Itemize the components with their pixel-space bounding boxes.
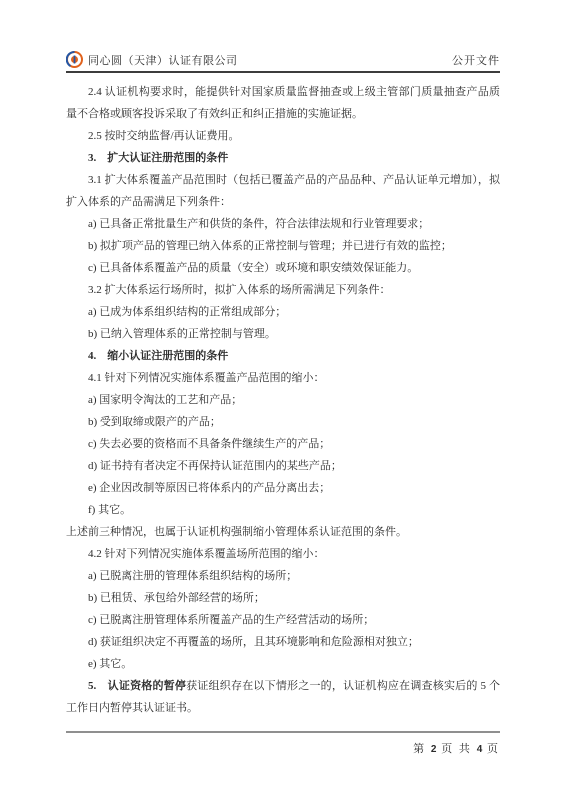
runin-heading: 5. 认证资格的暂停 [88, 680, 186, 692]
paragraph: b) 受到取缔或限产的产品； [66, 411, 500, 433]
paragraph: 5. 认证资格的暂停获证组织存在以下情形之一的，认证机构应在调查核实后的 5 个… [66, 675, 500, 719]
paragraph: a) 国家明令淘汰的工艺和产品； [66, 389, 500, 411]
page-label-middle: 页 共 [441, 743, 472, 755]
company-logo-icon [66, 51, 83, 68]
paragraph: 4.2 针对下列情况实施体系覆盖场所范围的缩小： [66, 543, 500, 565]
paragraph: d) 获证组织决定不再覆盖的场所，且其环境影响和危险源相对独立； [66, 631, 500, 653]
paragraph: b) 已租赁、承包给外部经营的场所； [66, 587, 500, 609]
paragraph: c) 失去必要的资格而不具备条件继续生产的产品； [66, 433, 500, 455]
paragraph: a) 已成为体系组织结构的正常组成部分； [66, 301, 500, 323]
current-page-number: 2 [431, 744, 437, 755]
paragraph: f) 其它。 [66, 499, 500, 521]
paragraph: 3.1 扩大体系覆盖产品范围时（包括已覆盖产品的产品品种、产品认证单元增加），拟… [66, 169, 500, 213]
company-name: 同心圆（天津）认证有限公司 [88, 52, 238, 68]
paragraph: 2.5 按时交纳监督/再认证费用。 [66, 125, 500, 147]
document-body: 2.4 认证机构要求时，能提供针对国家质量监督抽查或上级主管部门质量抽查产品质量… [66, 81, 500, 719]
page-label-suffix: 页 [487, 743, 500, 755]
document-page: 同心圆（天津）认证有限公司 公开文件 2.4 认证机构要求时，能提供针对国家质量… [0, 0, 566, 800]
paragraph: 2.4 认证机构要求时，能提供针对国家质量监督抽查或上级主管部门质量抽查产品质量… [66, 81, 500, 125]
paragraph: b) 拟扩项产品的管理已纳入体系的正常控制与管理；并已进行有效的监控； [66, 235, 500, 257]
page-header: 同心圆（天津）认证有限公司 公开文件 [66, 51, 500, 73]
paragraph: e) 其它。 [66, 653, 500, 675]
paragraph: a) 已具备正常批量生产和供货的条件，符合法律法规和行业管理要求； [66, 213, 500, 235]
page-label-prefix: 第 [413, 743, 426, 755]
header-left: 同心圆（天津）认证有限公司 [66, 51, 238, 68]
paragraph: a) 已脱离注册的管理体系组织结构的场所； [66, 565, 500, 587]
document-classification-label: 公开文件 [452, 52, 500, 68]
total-page-number: 4 [477, 744, 483, 755]
paragraph: 4.1 针对下列情况实施体系覆盖产品范围的缩小： [66, 367, 500, 389]
paragraph: d) 证书持有者决定不再保持认证范围内的某些产品； [66, 455, 500, 477]
paragraph: 上述前三种情况，也属于认证机构强制缩小管理体系认证范围的条件。 [66, 521, 500, 543]
footer-divider [66, 731, 500, 733]
page-number-indicator: 第 2 页 共 4 页 [66, 740, 500, 756]
paragraph: c) 已脱离注册管理体系所覆盖产品的生产经营活动的场所； [66, 609, 500, 631]
section-heading: 4. 缩小认证注册范围的条件 [66, 345, 500, 367]
paragraph: c) 已具备体系覆盖产品的质量（安全）或环境和职安绩效保证能力。 [66, 257, 500, 279]
paragraph: 3.2 扩大体系运行场所时，拟扩入体系的场所需满足下列条件： [66, 279, 500, 301]
paragraph: b) 已纳入管理体系的正常控制与管理。 [66, 323, 500, 345]
paragraph: e) 企业因改制等原因已将体系内的产品分离出去； [66, 477, 500, 499]
section-heading: 3. 扩大认证注册范围的条件 [66, 147, 500, 169]
